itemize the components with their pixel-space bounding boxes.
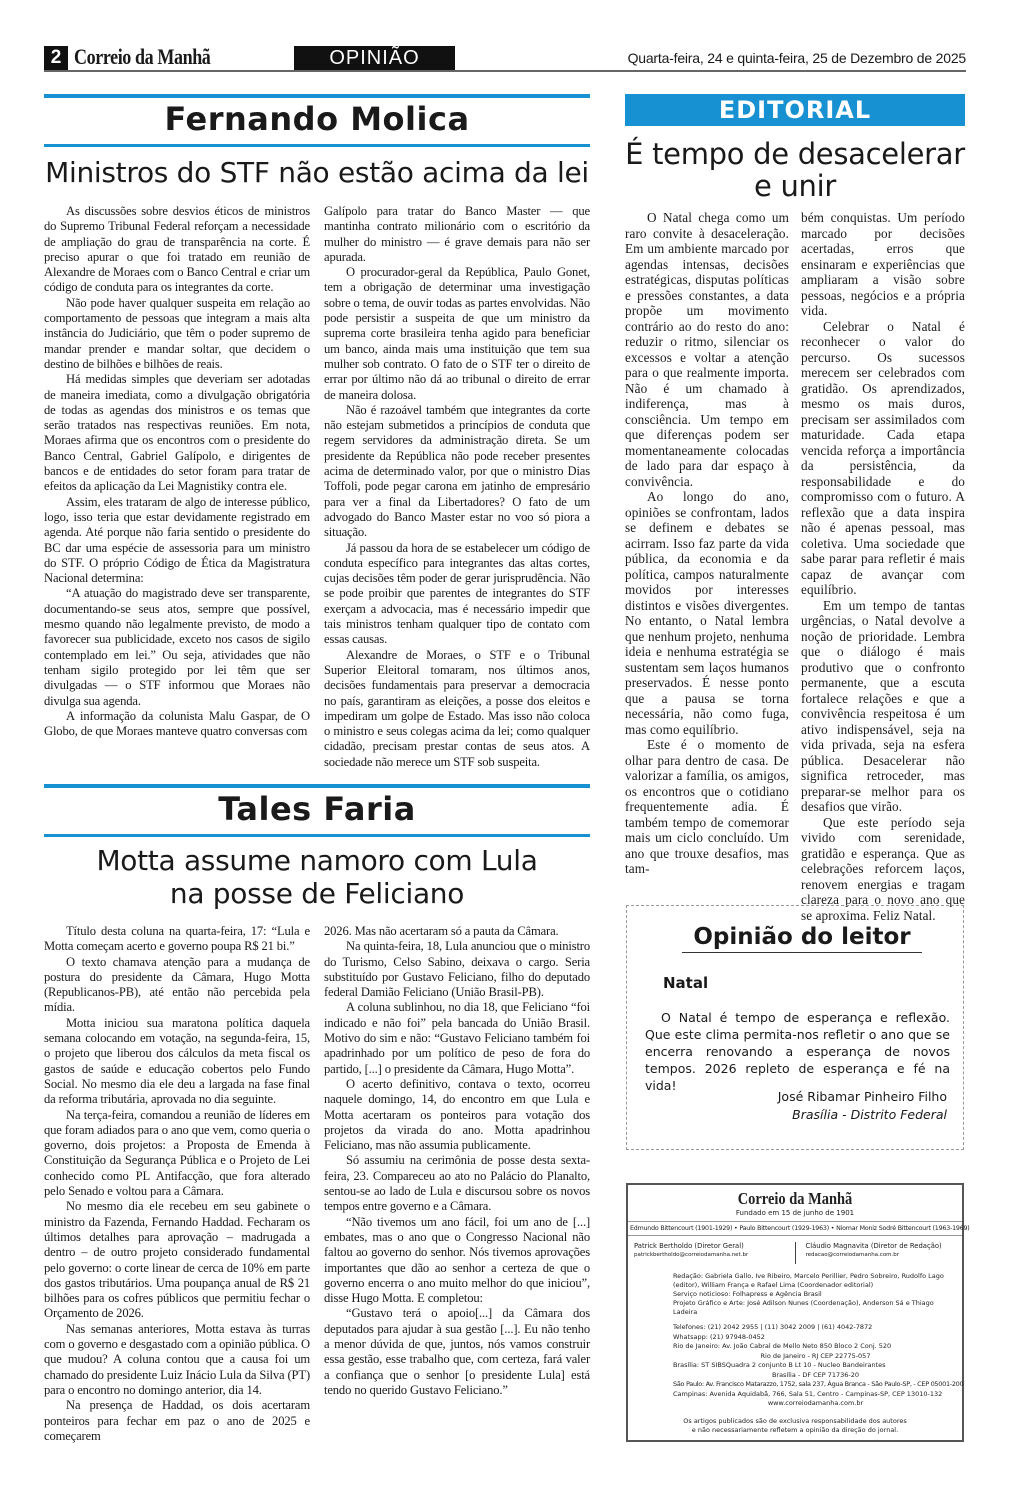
expediente-logo: Correio da Manhã [653, 1189, 937, 1209]
founded-date: Fundado em 15 de junho de 1901 [628, 1209, 962, 1217]
letter-location: Brasília - Distrito Federal [792, 1107, 947, 1122]
article-column-right: 2026. Mas não acertaram só a pauta da Câ… [324, 924, 590, 1444]
paragraph: bém conquistas. Um período marcado por d… [801, 210, 965, 319]
paragraph: Só assumiu na cerimônia de posse desta s… [324, 1153, 590, 1214]
contact-info: Telefones: (21) 2042 2955 | (11) 3042 20… [628, 1323, 962, 1409]
column-divider-rule [44, 834, 590, 837]
paragraph: Nas semanas anteriores, Motta estava às … [44, 1322, 310, 1398]
address-sao-paulo: São Paulo: Av. Francisco Matarazzo, 1752… [673, 1380, 958, 1390]
staff-line: Serviço noticioso: Folhapress e Agência … [673, 1290, 956, 1299]
editorial-body: O Natal chega como um raro convite à des… [625, 210, 965, 923]
letter-author: José Ribamar Pinheiro Filho [778, 1088, 947, 1106]
cep-brasilia: Brasília - DF CEP 71736-20 [673, 1371, 958, 1381]
director-divider [795, 1242, 796, 1264]
paragraph: Assim, eles trataram de algo de interess… [44, 495, 310, 587]
paragraph: O procurador-geral da República, Paulo G… [324, 265, 590, 403]
paragraph: “A atuação do magistrado deve ser transp… [44, 586, 310, 708]
article-body: Título desta coluna na quarta-feira, 17:… [44, 924, 590, 1444]
letter-signature: José Ribamar Pinheiro Filho Brasília - D… [778, 1088, 947, 1124]
paragraph: 2026. Mas não acertaram só a pauta da Câ… [324, 924, 590, 939]
phones: Telefones: (21) 2042 2955 | (11) 3042 20… [673, 1323, 958, 1333]
paragraph: As discussões sobre desvios éticos de mi… [44, 204, 310, 296]
disclaimer-line: Os artigos publicados são de exclusiva r… [628, 1417, 962, 1426]
paragraph: “Gustavo terá o apoio[...] da Câmara dos… [324, 1306, 590, 1398]
column-top-rule [44, 784, 590, 788]
paragraph: Motta iniciou sua maratona política daqu… [44, 1016, 310, 1108]
address-campinas: Campinas: Avenida Aquidabã, 766, Sala 51… [673, 1390, 958, 1400]
column-top-rule [44, 94, 590, 98]
reader-opinion-box: Opinião do leitor Natal O Natal é tempo … [626, 905, 964, 1150]
reader-opinion-heading: Opinião do leitor [682, 924, 922, 953]
address-brasilia: Brasília: ST SIBSQuadra 2 conjunto B Lt … [673, 1361, 958, 1371]
editorial-column-right: bém conquistas. Um período marcado por d… [801, 210, 965, 923]
paragraph: Celebrar o Natal é reconhecer o valor do… [801, 319, 965, 598]
whatsapp: Whatsapp: (21) 97948-0452 [673, 1333, 958, 1343]
page-masthead: 2 Correio da Manhã OPINIÃO Quarta-feira,… [44, 46, 966, 72]
paragraph: No mesmo dia ele recebeu em seu gabinete… [44, 1199, 310, 1321]
staff-list: Redação: Gabriela Gallo, Ive Ribeiro, Ma… [628, 1272, 962, 1317]
editor-director-name: Cláudio Magnavita (Diretor de Redação) [806, 1242, 942, 1250]
paragraph: Galípolo para tratar do Banco Master — q… [324, 204, 590, 265]
newspaper-logo: Correio da Manhã [74, 44, 210, 70]
director-general-name: Patrick Bertholdo (Diretor Geral) [634, 1242, 744, 1250]
staff-line: Redação: Gabriela Gallo, Ive Ribeiro, Ma… [673, 1272, 956, 1290]
paragraph: Alexandre de Moraes, o STF e o Tribunal … [324, 648, 590, 770]
column-divider-rule [44, 144, 590, 147]
editor-director-email[interactable]: redacao@correiodamanha.com.br [806, 1252, 957, 1258]
paragraph: “Não tivemos um ano fácil, foi um ano de… [324, 1215, 590, 1307]
article-headline: Motta assume namoro com Lula na posse de… [94, 844, 540, 910]
paragraph: O Natal chega como um raro convite à des… [625, 210, 789, 489]
editorial-headline: É tempo de desacelerar e unir [625, 138, 965, 202]
article-column-right: Galípolo para tratar do Banco Master — q… [324, 204, 590, 770]
cep-rio: Rio de Janeiro - RJ CEP 22775-057 [673, 1352, 958, 1362]
paragraph: Em um tempo de tantas urgências, o Natal… [801, 598, 965, 815]
paragraph: O texto chamava atenção para a mudança d… [44, 955, 310, 1016]
directors: Patrick Bertholdo (Diretor Geral) patric… [628, 1242, 962, 1264]
masthead-staff-box: Correio da Manhã Fundado em 15 de junho … [626, 1183, 964, 1442]
paragraph: Na terça-feira, comandou a reunião de lí… [44, 1108, 310, 1200]
paragraph: Não pode haver qualquer suspeita em rela… [44, 296, 310, 372]
paragraph: Na presença de Haddad, os dois acertaram… [44, 1398, 310, 1444]
paragraph: Título desta coluna na quarta-feira, 17:… [44, 924, 310, 955]
paragraph: A informação da colunista Malu Gaspar, d… [44, 709, 310, 740]
disclaimer: Os artigos publicados são de exclusiva r… [628, 1417, 962, 1435]
columnist-name: Tales Faria [44, 790, 590, 828]
page-number: 2 [44, 46, 68, 70]
article-headline: Ministros do STF não estão acima da lei [44, 156, 590, 189]
editor-director: Cláudio Magnavita (Diretor de Redação) r… [806, 1242, 957, 1264]
editorial-badge: EDITORIAL [625, 94, 965, 126]
website-link[interactable]: www.correiodamanha.com.br [673, 1399, 958, 1409]
paragraph: Não é razoável também que integrantes da… [324, 403, 590, 541]
founders-line: Edmundo Bittencourt (1901-1929) • Paulo … [628, 1221, 962, 1236]
paragraph: Há medidas simples que deveriam ser adot… [44, 372, 310, 494]
letter-body: O Natal é tempo de esperança e reflexão.… [645, 1009, 950, 1094]
paragraph: Este é o momento de olhar para dentro de… [625, 737, 789, 877]
paragraph: Ao longo do ano, opiniões se confrontam,… [625, 489, 789, 737]
director-general-email[interactable]: patrickbertholdo@correiodamanha.net.br [634, 1252, 785, 1258]
paragraph: O Natal é tempo de esperança e reflexão.… [645, 1009, 950, 1094]
paragraph: A coluna sublinhou, no dia 18, que Felic… [324, 1000, 590, 1076]
edition-date: Quarta-feira, 24 e quinta-feira, 25 de D… [628, 50, 966, 66]
letter-title: Natal [663, 974, 708, 992]
staff-line: Projeto Gráfico e Arte: José Adilson Nun… [673, 1299, 956, 1317]
section-label: OPINIÃO [294, 46, 455, 70]
article-column-left: Título desta coluna na quarta-feira, 17:… [44, 924, 310, 1444]
paragraph: Já passou da hora de se estabelecer um c… [324, 541, 590, 648]
editorial-column-left: O Natal chega como um raro convite à des… [625, 210, 789, 923]
paragraph: Na quinta-feira, 18, Lula anunciou que o… [324, 939, 590, 1000]
disclaimer-line: e não necessariamente refletem a opinião… [628, 1426, 962, 1435]
article-body: As discussões sobre desvios éticos de mi… [44, 204, 590, 770]
paragraph: O acerto definitivo, contava o texto, oc… [324, 1077, 590, 1153]
article-column-left: As discussões sobre desvios éticos de mi… [44, 204, 310, 770]
columnist-name: Fernando Molica [44, 100, 590, 138]
address-rio: Rio de Janeiro: Av. João Cabral de Mello… [673, 1342, 958, 1352]
director-general: Patrick Bertholdo (Diretor Geral) patric… [634, 1242, 785, 1264]
